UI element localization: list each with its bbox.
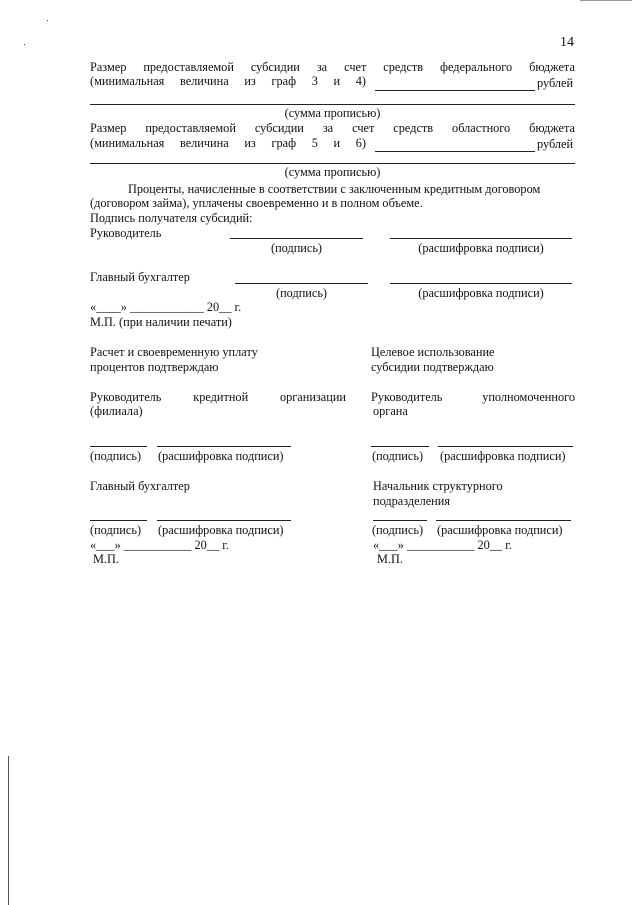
federal-amount-field[interactable] [375,90,535,91]
bank-head-decoding-field[interactable] [157,446,291,447]
recipient-accountant-decoding-field[interactable] [390,283,572,284]
recipient-seal: М.П. (при наличии печати) [90,315,232,329]
word: величина [180,74,229,88]
word: уполномоченного [482,390,575,404]
word: федерального [440,60,512,74]
authority-seal: М.П. [377,552,403,566]
word: (минимальная [90,74,164,88]
authority-date-field[interactable]: «___» ___________ 20__ г. [373,538,512,552]
page-number: 14 [560,36,574,50]
regional-subsidy-line2: (минимальнаявеличинаизграф5и6) [90,136,366,150]
word: 6) [356,136,366,150]
recipient-head-label: Руководитель [90,226,161,240]
word: за [317,60,327,74]
federal-subsidy-line1: Размерпредоставляемойсубсидиизасчетсредс… [90,60,575,74]
scan-dot [24,44,25,45]
interest-paragraph-line1: Проценты, начисленные в соответствии с з… [128,182,575,196]
word: граф [271,74,296,88]
recipient-date-field[interactable]: «____» ____________ 20__ г. [90,300,241,314]
word: (минимальная [90,136,164,150]
scan-edge-left [8,756,9,905]
bank-head-label: Руководителькредитнойорганизации [90,390,346,404]
bank-accountant-label: Главный бухгалтер [90,479,190,493]
authority-head-label: Руководительуполномоченного [371,390,575,404]
bank-confirm-line1: Расчет и своевременную уплату [90,345,258,359]
federal-subsidy-line2: (минимальнаявеличинаизграф3и4) [90,74,366,88]
recipient-head-signature-caption: (подпись) [230,241,363,255]
interest-paragraph-line2: (договором займа), уплачены своевременно… [90,196,423,210]
word: и [333,74,340,88]
word: субсидии [255,121,304,135]
word: Размер [90,60,126,74]
bank-accountant-signature-field[interactable] [90,520,147,521]
recipient-accountant-decoding-caption: (расшифровка подписи) [390,286,572,300]
word: субсидии [251,60,300,74]
word: бюджета [529,121,575,135]
authority-division-decoding-field[interactable] [436,520,571,521]
recipient-head-decoding-caption: (расшифровка подписи) [390,241,572,255]
authority-confirm-line2: субсидии подтверждаю [371,360,494,374]
authority-head-label-line2: органа [373,404,408,418]
authority-head-signature-field[interactable] [371,446,429,447]
word: из [244,136,255,150]
bank-confirm-line2: процентов подтверждаю [90,360,218,374]
regional-amount-words-caption: (сумма прописью) [90,165,575,179]
word: кредитной [193,390,248,404]
bank-seal: М.П. [93,552,119,566]
regional-unit: рублей [537,137,573,151]
word: граф [271,136,296,150]
authority-division-decoding-caption: (расшифровка подписи) [437,523,563,537]
recipient-head-signature-field[interactable] [230,238,363,239]
bank-head-signature-field[interactable] [90,446,147,447]
recipient-head-decoding-field[interactable] [390,238,572,239]
regional-amount-field[interactable] [375,151,535,152]
word: величина [180,136,229,150]
authority-head-decoding-field[interactable] [438,446,573,447]
scan-edge-top [580,0,632,1]
word: средств [383,60,423,74]
recipient-accountant-label: Главный бухгалтер [90,270,190,284]
word: организации [280,390,346,404]
word: счет [344,60,366,74]
word: и [333,136,340,150]
bank-accountant-decoding-caption: (расшифровка подписи) [158,523,284,537]
authority-confirm-line1: Целевое использование [371,345,495,359]
regional-subsidy-line1: Размерпредоставляемойсубсидиизасчетсредс… [90,121,575,135]
word: счет [352,121,374,135]
federal-amount-words-caption: (сумма прописью) [90,106,575,120]
regional-amount-words-field[interactable] [90,163,575,164]
recipient-heading: Подпись получателя субсидий: [90,211,253,225]
federal-unit: рублей [537,76,573,90]
authority-division-label-line1: Начальник структурного [373,479,503,493]
bank-date-field[interactable]: «___» ___________ 20__ г. [90,538,229,552]
word: Руководитель [371,390,442,404]
word: 5 [312,136,318,150]
word: предоставляемой [143,60,234,74]
recipient-accountant-signature-caption: (подпись) [235,286,368,300]
word: за [323,121,333,135]
word: предоставляемой [145,121,236,135]
word: Размер [90,121,126,135]
word: средств [393,121,433,135]
scan-dot [47,20,48,21]
word: из [244,74,255,88]
bank-accountant-decoding-field[interactable] [157,520,291,521]
authority-head-signature-caption: (подпись) [372,449,423,463]
word: областного [452,121,510,135]
word: 3 [312,74,318,88]
recipient-accountant-signature-field[interactable] [235,283,368,284]
word: 4) [356,74,366,88]
bank-head-label-line2: (филиала) [90,404,143,418]
bank-head-decoding-caption: (расшифровка подписи) [158,449,284,463]
authority-head-decoding-caption: (расшифровка подписи) [440,449,566,463]
bank-accountant-signature-caption: (подпись) [90,523,141,537]
authority-division-signature-caption: (подпись) [372,523,423,537]
authority-division-signature-field[interactable] [373,520,427,521]
authority-division-label-line2: подразделения [373,494,450,508]
federal-amount-words-field[interactable] [90,104,575,105]
word: Руководитель [90,390,161,404]
word: бюджета [529,60,575,74]
bank-head-signature-caption: (подпись) [90,449,141,463]
